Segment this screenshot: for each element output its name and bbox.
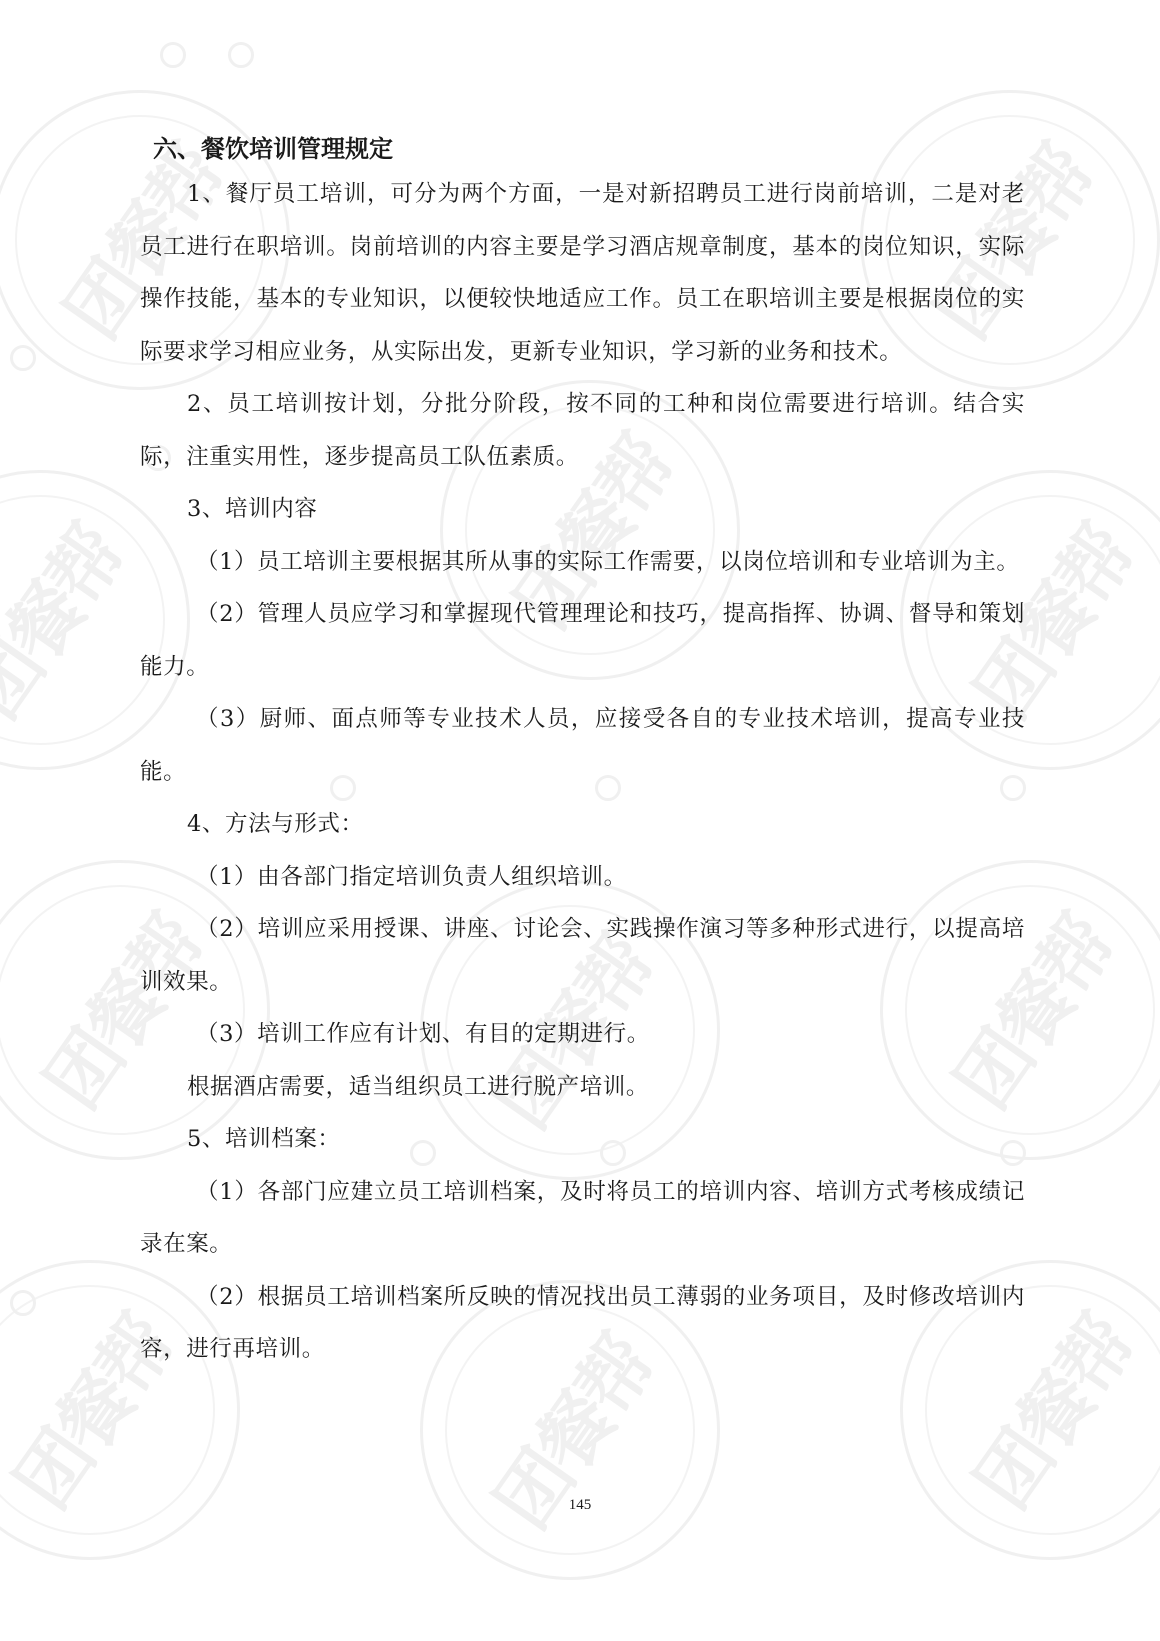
page-number: 145 bbox=[0, 1497, 1160, 1514]
list-item-5-1: （1）各部门应建立员工培训档案，及时将员工的培训内容、培训方式考核成绩记录在案。 bbox=[140, 1166, 1025, 1271]
list-item-4-3: （3）培训工作应有计划、有目的定期进行。 bbox=[140, 1008, 1025, 1061]
watermark-text: 团餐帮 bbox=[0, 504, 144, 737]
paragraph-offsite-training: 根据酒店需要，适当组织员工进行脱产培训。 bbox=[140, 1061, 1025, 1114]
list-item-3-3: （3）厨师、面点师等专业技术人员，应接受各自的专业技术培训，提高专业技能。 bbox=[140, 693, 1025, 798]
watermark-dot bbox=[160, 42, 186, 68]
list-item-5-2: （2）根据员工培训档案所反映的情况找出员工薄弱的业务项目，及时修改培训内容，进行… bbox=[140, 1271, 1025, 1376]
list-item-4-2: （2）培训应采用授课、讲座、讨论会、实践操作演习等多种形式进行，以提高培训效果。 bbox=[140, 903, 1025, 1008]
document-page: 六、餐饮培训管理规定 1、餐厅员工培训，可分为两个方面，一是对新招聘员工进行岗前… bbox=[140, 130, 1025, 1376]
watermark-dot bbox=[228, 42, 254, 68]
section-title: 六、餐饮培训管理规定 bbox=[140, 130, 1025, 168]
paragraph-1: 1、餐厅员工培训，可分为两个方面，一是对新招聘员工进行岗前培训，二是对老员工进行… bbox=[140, 168, 1025, 378]
list-item-3-2: （2）管理人员应学习和掌握现代管理理论和技巧，提高指挥、协调、督导和策划能力。 bbox=[140, 588, 1025, 693]
subheading-5: 5、培训档案： bbox=[140, 1113, 1025, 1166]
watermark-dot bbox=[10, 345, 36, 371]
subheading-4: 4、方法与形式： bbox=[140, 798, 1025, 851]
list-item-4-1: （1）由各部门指定培训负责人组织培训。 bbox=[140, 851, 1025, 904]
subheading-3: 3、培训内容 bbox=[140, 483, 1025, 536]
paragraph-2: 2、员工培训按计划，分批分阶段，按不同的工种和岗位需要进行培训。结合实际，注重实… bbox=[140, 378, 1025, 483]
list-item-3-1: （1）员工培训主要根据其所从事的实际工作需要，以岗位培训和专业培训为主。 bbox=[140, 536, 1025, 589]
watermark-dot bbox=[10, 1290, 36, 1316]
